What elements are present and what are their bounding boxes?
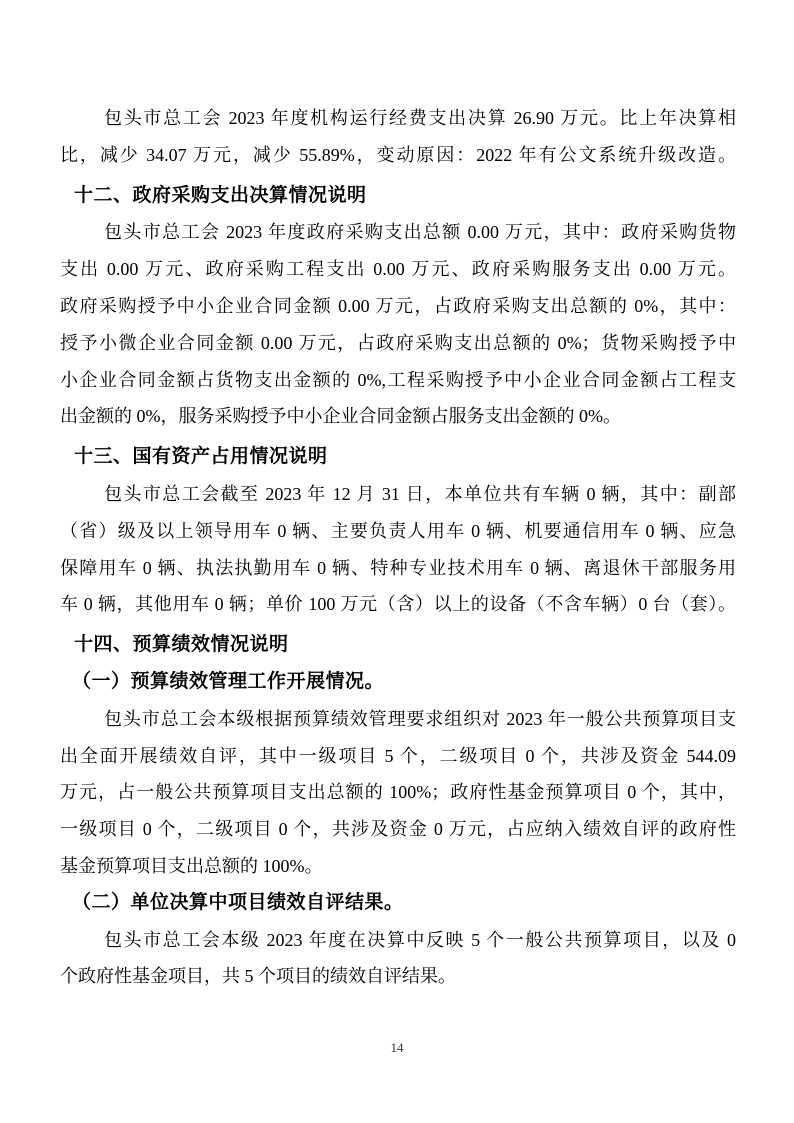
section-heading-12: 十二、政府采购支出决算情况说明 [60, 178, 736, 215]
body-line: 授予小微企业合同金额 0.00 万元，占政府采购支出总额的 0%；货物采购授予中 [60, 325, 736, 362]
body-line: 车 0 辆，其他用车 0 辆；单价 100 万元（含）以上的设备（不含车辆）0 … [60, 586, 736, 623]
section-heading-14: 十四、预算绩效情况说明 [60, 627, 736, 664]
body-line: 包头市总工会本级根据预算绩效管理要求组织对 2023 年一般公共预算项目支 [60, 701, 736, 738]
body-line: 政府采购授予中小企业合同金额 0.00 万元，占政府采购支出总额的 0%，其中： [60, 288, 736, 325]
body-line: 包头市总工会 2023 年度机构运行经费支出决算 26.90 万元。比上年决算相 [60, 100, 736, 137]
body-line: 万元，占一般公共预算项目支出总额的 100%；政府性基金预算项目 0 个，其中， [60, 774, 736, 811]
body-line: （省）级及以上领导用车 0 辆、主要负责人用车 0 辆、机要通信用车 0 辆、应… [60, 513, 736, 550]
subsection-heading-2: （二）单位决算中项目绩效自评结果。 [60, 885, 736, 922]
document-body: 包头市总工会 2023 年度机构运行经费支出决算 26.90 万元。比上年决算相… [60, 100, 736, 995]
body-line: 包头市总工会本级 2023 年度在决算中反映 5 个一般公共预算项目，以及 0 [60, 922, 736, 959]
body-line: 小企业合同金额占货物支出金额的 0%,工程采购授予中小企业合同金额占工程支 [60, 362, 736, 399]
body-line: 基金预算项目支出总额的 100%。 [60, 848, 736, 885]
page-number: 14 [0, 1040, 794, 1056]
body-line: 个政府性基金项目，共 5 个项目的绩效自评结果。 [60, 958, 736, 995]
subsection-heading-1: （一）预算绩效管理工作开展情况。 [60, 664, 736, 701]
body-line: 包头市总工会 2023 年度政府采购支出总额 0.00 万元，其中：政府采购货物 [60, 214, 736, 251]
section-heading-13: 十三、国有资产占用情况说明 [60, 439, 736, 476]
body-line: 一级项目 0 个，二级项目 0 个，共涉及资金 0 万元，占应纳入绩效自评的政府… [60, 811, 736, 848]
body-line: 出金额的 0%，服务采购授予中小企业合同金额占服务支出金额的 0%。 [60, 398, 736, 435]
body-line: 支出 0.00 万元、政府采购工程支出 0.00 万元、政府采购服务支出 0.0… [60, 251, 736, 288]
body-line: 比，减少 34.07 万元，减少 55.89%，变动原因：2022 年有公文系统… [60, 137, 736, 174]
body-line: 出全面开展绩效自评，其中一级项目 5 个，二级项目 0 个，共涉及资金 544.… [60, 738, 736, 775]
body-line: 包头市总工会截至 2023 年 12 月 31 日，本单位共有车辆 0 辆，其中… [60, 476, 736, 513]
body-line: 保障用车 0 辆、执法执勤用车 0 辆、特种专业技术用车 0 辆、离退休干部服务… [60, 550, 736, 587]
document-page: { "doc": { "page_number": "14", "blocks"… [0, 0, 794, 1123]
